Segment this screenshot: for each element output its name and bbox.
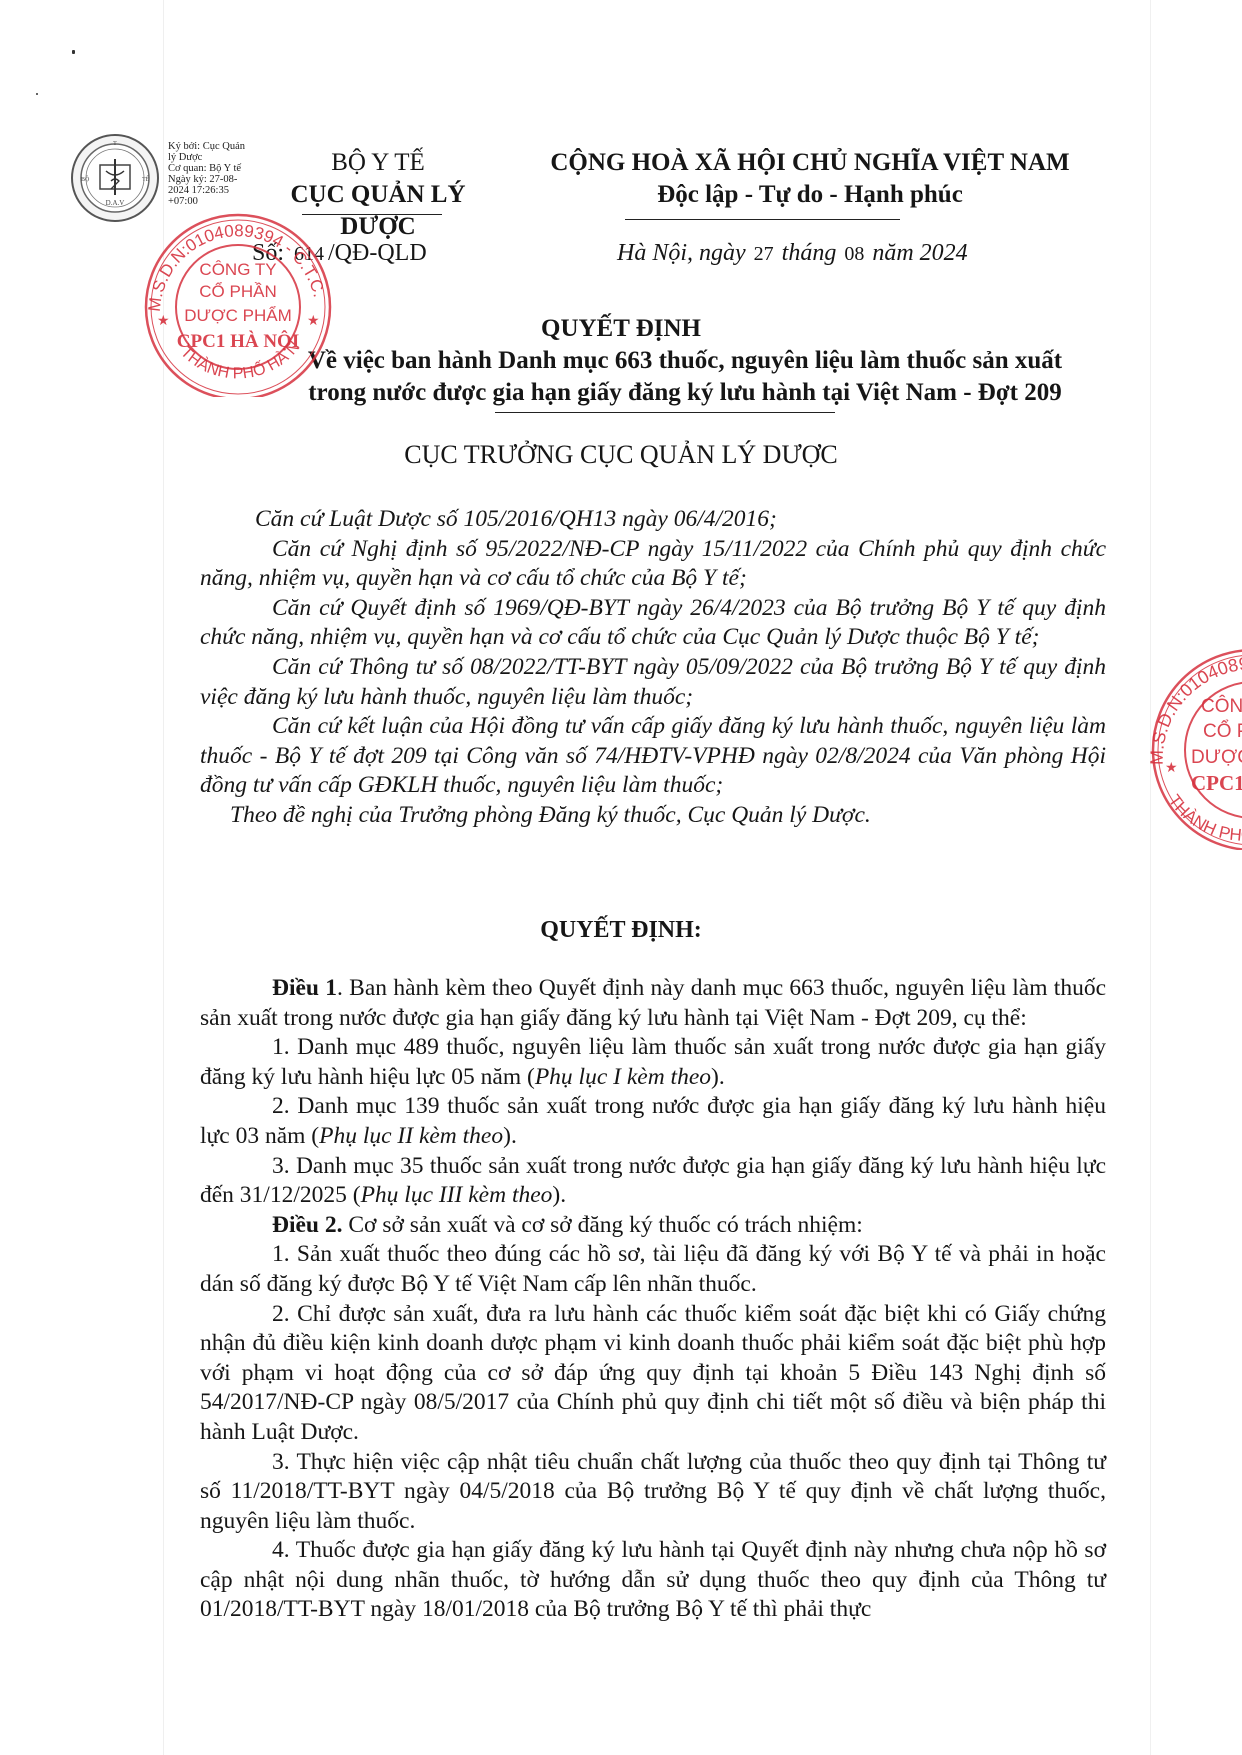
- legal-basis-item: Căn cứ Thông tư số 08/2022/TT-BYT ngày 0…: [200, 653, 1106, 712]
- signed-by-cont: lý Dược: [168, 152, 258, 163]
- place-and-date: Hà Nội, ngày27tháng08năm 2024: [617, 238, 968, 269]
- legal-basis-item: Căn cứ kết luận của Hội đồng tư vấn cấp …: [200, 712, 1106, 801]
- article-label: Điều 1: [272, 975, 337, 1001]
- svg-text:CPC1 HÀ NỘI: CPC1 HÀ NỘI: [177, 330, 299, 352]
- appendix-reference: Phụ lục II kèm theo: [319, 1123, 503, 1149]
- company-stamp-partial: M.S.D.N:0104089394 - C.T.C.P THÀNH PHỐ H…: [1133, 640, 1242, 850]
- svg-text:CÔNG TY: CÔNG TY: [1201, 695, 1242, 717]
- article-1-item: 3. Danh mục 35 thuốc sản xuất trong nước…: [200, 1152, 1106, 1211]
- national-motto: Độc lập - Tự do - Hạnh phúc: [520, 179, 1100, 211]
- scan-artifact-line: [1150, 0, 1151, 1755]
- legal-basis-item: Theo đề nghị của Trưởng phòng Đăng ký th…: [200, 801, 1106, 831]
- article-1-item: 1. Danh mục 489 thuốc, nguyên liệu làm t…: [200, 1033, 1106, 1092]
- svg-text:CỔ PHẦN: CỔ PHẦN: [1203, 720, 1242, 742]
- article-2: Điều 2. Cơ sở sản xuất và cơ sở đăng ký …: [200, 1211, 1106, 1241]
- svg-text:CỔ PHẦN: CỔ PHẦN: [199, 282, 276, 301]
- article-2-item: 3. Thực hiện việc cập nhật tiêu chuẩn ch…: [200, 1448, 1106, 1537]
- day-value: 27: [754, 243, 774, 265]
- digital-signature-info: Ký bởi: Cục Quản lý Dược Cơ quan: Bộ Y t…: [168, 141, 258, 207]
- article-label: Điều 2.: [272, 1212, 343, 1238]
- article-2-item: 4. Thuốc được gia hạn giấy đăng ký lưu h…: [200, 1536, 1106, 1625]
- company-stamp: M.S.D.N:0104089394 - C.T.C.P THÀNH PHỐ H…: [135, 207, 340, 397]
- ministry-name: BỘ Y TẾ: [258, 147, 498, 179]
- signing-agency: Cơ quan: Bộ Y tế: [168, 163, 258, 174]
- legal-basis-item: Căn cứ Nghị định số 95/2022/NĐ-CP ngày 1…: [200, 535, 1106, 594]
- appendix-reference: Phụ lục I kèm theo: [535, 1064, 711, 1090]
- svg-text:★: ★: [1165, 759, 1178, 775]
- legal-basis-item: Căn cứ Quyết định số 1969/QĐ-BYT ngày 26…: [200, 594, 1106, 653]
- svg-text:D.A.V: D.A.V: [106, 199, 125, 207]
- month-value: 08: [844, 243, 864, 265]
- country-name: CỘNG HOÀ XÃ HỘI CHỦ NGHĨA VIỆT NAM: [520, 147, 1100, 179]
- document-page: D.A.V T BỘ TẾ Ký bởi: Cục Quản lý Dược C…: [0, 0, 1242, 1755]
- signing-date: Ngày ký: 27-08-: [168, 174, 258, 185]
- divider: [495, 412, 835, 413]
- article-2-item: 1. Sản xuất thuốc theo đúng các hồ sơ, t…: [200, 1240, 1106, 1299]
- legal-basis-item: Căn cứ Luật Dược số 105/2016/QH13 ngày 0…: [200, 505, 1106, 535]
- article-2-item: 2. Chỉ được sản xuất, đưa ra lưu hành cá…: [200, 1300, 1106, 1448]
- signing-date-cont: 2024 17:26:35: [168, 185, 258, 196]
- svg-text:DƯỢC PHẨM: DƯỢC PHẨM: [184, 306, 292, 325]
- svg-text:CPC1 HÀ NỘI: CPC1 HÀ NỘI: [1191, 771, 1242, 795]
- appendix-reference: Phụ lục III kèm theo: [361, 1182, 553, 1208]
- svg-text:CÔNG TY: CÔNG TY: [199, 260, 276, 279]
- svg-text:BỘ: BỘ: [81, 175, 90, 183]
- issuer-title: CỤC TRƯỞNG CỤC QUẢN LÝ DƯỢC: [0, 438, 1242, 472]
- national-header: CỘNG HOÀ XÃ HỘI CHỦ NGHĨA VIỆT NAM Độc l…: [520, 147, 1100, 211]
- decide-heading: QUYẾT ĐỊNH:: [0, 914, 1242, 946]
- signing-timezone: +07:00: [168, 196, 258, 207]
- divider: [625, 219, 900, 220]
- signed-by: Ký bởi: Cục Quản: [168, 141, 258, 152]
- scan-speck: [36, 93, 38, 95]
- svg-text:★: ★: [157, 312, 170, 328]
- svg-text:T: T: [113, 141, 117, 147]
- article-1-item: 2. Danh mục 139 thuốc sản xuất trong nướ…: [200, 1092, 1106, 1151]
- article-1: Điều 1. Ban hành kèm theo Quyết định này…: [200, 974, 1106, 1033]
- scan-speck: [72, 50, 75, 54]
- legal-basis: Căn cứ Luật Dược số 105/2016/QH13 ngày 0…: [200, 505, 1106, 831]
- svg-text:DƯỢC PHẨM: DƯỢC PHẨM: [1191, 746, 1242, 768]
- articles: Điều 1. Ban hành kèm theo Quyết định này…: [200, 974, 1106, 1625]
- svg-text:TẾ: TẾ: [142, 175, 150, 183]
- svg-text:★: ★: [307, 312, 320, 328]
